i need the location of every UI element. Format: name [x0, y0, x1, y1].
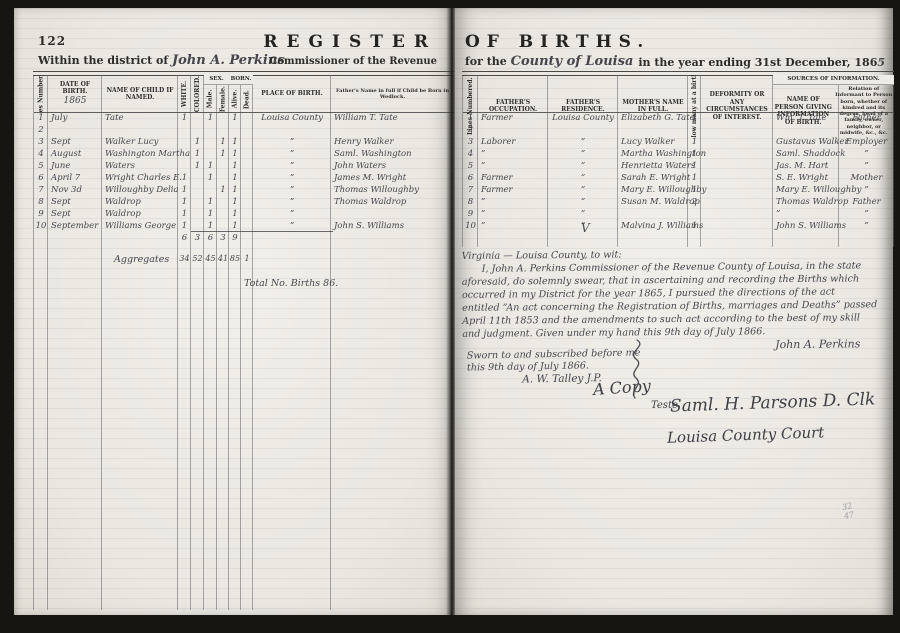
district-handwritten-value: John A. Perkins	[172, 53, 285, 68]
cell-female: 1	[217, 184, 229, 196]
cell-white: 1	[178, 196, 191, 208]
cell-date-of-birth: April 7	[48, 172, 102, 184]
cell-child-name: Wright Charles E.	[102, 172, 178, 184]
cell-alive: 1	[229, 160, 241, 172]
table-row: 2	[463, 124, 894, 136]
cell-how-many: 1	[688, 160, 701, 172]
cell-relation: ”	[839, 148, 894, 160]
table-row: 6 Farmer ” Sarah E. Wright 1 S. E. Wrigh…	[463, 172, 894, 184]
cell-line-number: 7	[463, 184, 478, 196]
cell-line-number: 3	[34, 136, 48, 148]
cell-alive: 1	[229, 136, 241, 148]
cell-mother-name: Henrietta Waters	[618, 160, 688, 172]
district-line: Within the district of John A. Perkins	[38, 53, 285, 68]
cell-place-of-birth: Louisa County	[253, 112, 331, 124]
cell-informant: Gustavus Walker	[773, 136, 839, 148]
table-row: 7 Nov 3d Willoughby Delia 1 1 1 ” Thomas…	[34, 184, 454, 196]
table-row: 9 Sept Waldrop 1 1 1 ”	[34, 208, 454, 220]
cell-father-name: John Waters	[331, 160, 454, 172]
cell-mother-name: Elizabeth G. Tate	[618, 112, 688, 124]
table-header-right: Lines Numbered. FATHER'S OCCUPATION. FAT…	[463, 75, 894, 113]
cell-place-of-birth: ”	[253, 136, 331, 148]
commissioner-subtitle: Commissioner of the Revenue	[269, 56, 437, 67]
cell-date-of-birth: August	[48, 148, 102, 160]
table-row: 1 July Tate 1 1 1 Louisa County William …	[34, 112, 454, 124]
cell-line-number: 6	[463, 172, 478, 184]
col-header-dead: Dead.	[241, 85, 253, 113]
col-header-lines: Lines Numbered.	[34, 75, 48, 113]
cell-white: 1	[178, 220, 191, 232]
cell-line-number: 2	[34, 124, 48, 136]
cell-informant: Mary E. Willoughby	[773, 184, 839, 196]
for-label: for the	[465, 55, 507, 68]
date-header-label: DATE OF BIRTH.	[49, 81, 101, 96]
col-header-colored: COLORED.	[191, 75, 204, 113]
cell-male: 1	[204, 160, 217, 172]
cell-father-occupation: ”	[478, 148, 548, 160]
table-row: 9 ” ” ” ”	[463, 208, 894, 220]
cell-father-occupation: ”	[478, 220, 548, 232]
cell-informant: ”	[773, 208, 839, 220]
aggregate-alive: 85	[229, 254, 241, 265]
cell-line-number: 4	[463, 148, 478, 160]
cell-how-many: 1	[688, 112, 701, 124]
cell-line-number: 9	[34, 208, 48, 220]
table-row: 8 Sept Waldrop 1 1 1 ” Thomas Waldrop	[34, 196, 454, 208]
cell-father-name: Thomas Waldrop	[331, 196, 454, 208]
cell-child-name: Tate	[102, 112, 178, 124]
cell-father-residence: ”	[548, 208, 618, 220]
pencil-note-bottom: 47	[843, 510, 855, 521]
sum-rule	[191, 231, 333, 232]
cell-line-number: 1	[34, 112, 48, 124]
born-group-label: BORN.	[229, 75, 253, 85]
cell-line-number: 10	[463, 220, 478, 232]
register-left-page: 122 Within the district of John A. Perki…	[14, 8, 455, 615]
year-ending-line: in the year ending 31st December, 1865	[638, 56, 885, 69]
cell-father-name: Thomas Willoughby	[331, 184, 454, 196]
scanned-register-spread: 122 Within the district of John A. Perki…	[0, 0, 900, 633]
births-table-right: Lines Numbered. FATHER'S OCCUPATION. FAT…	[462, 75, 894, 247]
county-handwritten-value: County of Louisa	[511, 54, 634, 69]
cell-place-of-birth: ”	[253, 148, 331, 160]
cell-line-number: 8	[463, 196, 478, 208]
cell-how-many: 1	[688, 136, 701, 148]
cell-mother-name: Sarah E. Wright	[618, 172, 688, 184]
cell-how-many: 1	[688, 148, 701, 160]
cell-date-of-birth: July	[48, 112, 102, 124]
cell-mother-name: Lucy Walker	[618, 136, 688, 148]
cell-how-many: 2	[688, 196, 701, 208]
cell-alive: 1	[229, 196, 241, 208]
cell-date-of-birth: Sept	[48, 196, 102, 208]
cell-date-of-birth: September	[48, 220, 102, 232]
col-header-date: DATE OF BIRTH. 1865	[48, 75, 102, 113]
table-row: 4 ” ” Martha Washington 1 Saml. Shaddock…	[463, 148, 894, 160]
table-row: 6 April 7 Wright Charles E. 1 1 1 ” Jame…	[34, 172, 454, 184]
cell-father-occupation: Farmer	[478, 112, 548, 124]
cell-how-many: 1	[688, 184, 701, 196]
year-ending-label: in the year ending 31st December, 186	[638, 56, 877, 69]
cell-mother-name: Martha Washington	[618, 148, 688, 160]
cell-male: 1	[204, 112, 217, 124]
cell-child-name: Williams George	[102, 220, 178, 232]
table-row: 8 ” ” Susan M. Waldrop 2 Thomas Waldrop …	[463, 196, 894, 208]
cell-how-many: 1	[688, 172, 701, 184]
cell-father-residence: Louisa County	[548, 112, 618, 124]
cell-date-of-birth: Sept	[48, 136, 102, 148]
district-label: Within the district of	[38, 54, 168, 67]
table-row: 10 ” ” Malvina J. Williams 1 John S. Wil…	[463, 220, 894, 232]
cell-white: 1	[178, 208, 191, 220]
cell-line-number: 8	[34, 196, 48, 208]
pencil-note: 32 47	[841, 501, 855, 521]
cell-relation: Mother	[839, 172, 894, 184]
cell-place-of-birth: ”	[253, 184, 331, 196]
cell-informant: John S. Williams	[773, 220, 839, 232]
aggregate-male: 45	[204, 254, 217, 265]
clerk-signature: Saml. H. Parsons D. Clk	[670, 389, 876, 416]
cell-father-residence: ”	[548, 172, 618, 184]
col-header-male: Male.	[204, 85, 217, 113]
col-group-born: BORN. Alive. Dead.	[229, 75, 253, 113]
cell-line-number: 7	[34, 184, 48, 196]
cell-alive: 1	[229, 148, 241, 160]
cell-line-number: 1	[463, 112, 478, 124]
total-colored: 3	[191, 233, 204, 243]
total-alive: 9	[229, 233, 241, 243]
cell-relation: ”	[839, 160, 894, 172]
cell-date-of-birth: June	[48, 160, 102, 172]
table-row: 5 ” ” Henrietta Waters 1 Jas. M. Hart ”	[463, 160, 894, 172]
col-header-female: Female.	[217, 85, 230, 113]
cell-place-of-birth: ”	[253, 196, 331, 208]
cell-alive: 1	[229, 112, 241, 124]
total-male: 6	[204, 233, 217, 243]
cell-child-name: Waters	[102, 160, 178, 172]
cell-father-occupation: ”	[478, 196, 548, 208]
cell-father-name: John S. Williams	[331, 220, 454, 232]
cell-line-number: 5	[463, 160, 478, 172]
cell-colored: 1	[191, 136, 204, 148]
aggregate-colored: 52	[191, 254, 204, 265]
table-row: 3 Sept Walker Lucy 1 1 1 ” Henry Walker	[34, 136, 454, 148]
certification-block: Virginia — Louisa County, to wit: I, Joh…	[462, 246, 889, 354]
cell-father-name: Henry Walker	[331, 136, 454, 148]
cell-relation: Father	[839, 196, 894, 208]
table-body-left: 1 July Tate 1 1 1 Louisa County William …	[34, 112, 454, 232]
cell-relation: ”	[839, 220, 894, 232]
cell-father-occupation: ”	[478, 208, 548, 220]
cell-line-number: 4	[34, 148, 48, 160]
col-header-white: WHITE.	[178, 75, 191, 113]
cell-child-name: Walker Lucy	[102, 136, 178, 148]
aggregate-female: 41	[217, 254, 229, 265]
cell-father-residence: ”	[548, 196, 618, 208]
cell-child-name: Willoughby Delia	[102, 184, 178, 196]
county-line: for the County of Louisa	[465, 54, 633, 69]
col-header-father: Father's Name in full if Child be Born i…	[331, 75, 454, 113]
cell-place-of-birth: ”	[253, 160, 331, 172]
cell-colored: 1	[191, 160, 204, 172]
cell-relation: Father	[839, 112, 894, 124]
cell-relation: ”	[839, 184, 894, 196]
cell-line-number: 5	[34, 160, 48, 172]
col-header-alive: Alive.	[229, 85, 241, 113]
col-header-place: PLACE OF BIRTH.	[253, 75, 331, 113]
cell-alive: 1	[229, 184, 241, 196]
cell-father-name: Saml. Washington	[331, 148, 454, 160]
cell-father-occupation: ”	[478, 160, 548, 172]
cell-child-name: Washington Martha	[102, 148, 178, 160]
cell-informant: Thomas Waldrop	[773, 196, 839, 208]
cell-how-many: 1	[688, 220, 701, 232]
aggregate-dead: 1	[241, 254, 253, 265]
cell-father-occupation: Farmer	[478, 172, 548, 184]
register-title: REGISTER	[263, 32, 437, 52]
aggregate-label: Aggregates	[102, 254, 178, 265]
cell-place-of-birth: ”	[253, 208, 331, 220]
a-copy-label: A Copy	[592, 376, 651, 399]
cell-male: 1	[204, 196, 217, 208]
table-row: 4 August Washington Martha 1 1 1 ” Saml.…	[34, 148, 454, 160]
cell-informant: Wm. T. Tate	[773, 112, 839, 124]
cell-white: 1	[178, 112, 191, 124]
cell-date-of-birth: Sept	[48, 208, 102, 220]
cell-father-residence: ”	[548, 160, 618, 172]
cell-female: 1	[217, 148, 229, 160]
total-white: 6	[178, 233, 191, 243]
clerk-court-line: Louisa County Court	[667, 423, 825, 446]
cell-child-name: Waldrop	[102, 196, 178, 208]
cell-father-residence: ”	[548, 148, 618, 160]
cell-child-name: Waldrop	[102, 208, 178, 220]
cell-relation: ”	[839, 208, 894, 220]
cell-male: 1	[204, 208, 217, 220]
col-header-name: NAME OF CHILD IF NAMED.	[102, 75, 178, 113]
cell-informant: Saml. Shaddock	[773, 148, 839, 160]
cell-line-number: 6	[34, 172, 48, 184]
cell-alive: 1	[229, 208, 241, 220]
aggregate-row: Aggregates 34 52 45 41 85 1	[34, 254, 454, 265]
cell-mother-name: Susan M. Waldrop	[618, 196, 688, 208]
cell-father-occupation: Laborer	[478, 136, 548, 148]
cell-colored: 1	[191, 148, 204, 160]
table-row: 1 Farmer Louisa County Elizabeth G. Tate…	[463, 112, 894, 124]
total-female: 3	[217, 233, 229, 243]
col-group-sex: SEX. Male. Female.	[204, 75, 229, 113]
year-handwritten: 1865	[64, 96, 87, 107]
cell-line-number: 2	[463, 124, 478, 136]
cell-father-residence: ”	[548, 184, 618, 196]
cell-date-of-birth: Nov 3d	[48, 184, 102, 196]
cell-line-number: 3	[463, 136, 478, 148]
cell-alive: 1	[229, 172, 241, 184]
cell-mother-name: Mary E. Willoughby	[618, 184, 688, 196]
cell-male: 1	[204, 172, 217, 184]
of-births-title: OF BIRTHS.	[465, 32, 650, 52]
table-row: 5 June Waters 1 1 1 ” John Waters	[34, 160, 454, 172]
table-row: 7 Farmer ” Mary E. Willoughby 1 Mary E. …	[463, 184, 894, 196]
cell-white: 1	[178, 184, 191, 196]
table-row: 2	[34, 124, 454, 136]
cell-mother-name: Malvina J. Williams	[618, 220, 688, 232]
cell-white: 1	[178, 172, 191, 184]
cell-relation: Employer	[839, 136, 894, 148]
cell-father-name: William T. Tate	[331, 112, 454, 124]
cell-father-name: James M. Wright	[331, 172, 454, 184]
cell-father-residence: ”	[548, 136, 618, 148]
cell-informant: Jas. M. Hart	[773, 160, 839, 172]
table-header-left: Lines Numbered. DATE OF BIRTH. 1865 NAME…	[34, 75, 454, 113]
pencil-check-mark: V	[581, 221, 590, 235]
page-number: 122	[38, 34, 66, 48]
table-body-right: 1 Farmer Louisa County Elizabeth G. Tate…	[463, 112, 894, 232]
cell-line-number: 9	[463, 208, 478, 220]
aggregate-white: 34	[178, 254, 191, 265]
cell-informant: S. E. Wright	[773, 172, 839, 184]
total-births-note: Total No. Births 86.	[244, 278, 338, 289]
sources-group-label: SOURCES OF INFORMATION.	[773, 75, 894, 85]
births-table-left: Lines Numbered. DATE OF BIRTH. 1865 NAME…	[33, 75, 454, 610]
cell-place-of-birth: ”	[253, 172, 331, 184]
cell-line-number: 10	[34, 220, 48, 232]
totals-row: 6 3 6 3 9	[34, 233, 454, 243]
register-right-page: OF BIRTHS. for the County of Louisa in t…	[455, 8, 893, 615]
cell-female: 1	[217, 136, 229, 148]
sex-group-label: SEX.	[204, 75, 229, 85]
year-ending-handwritten: 5	[877, 56, 885, 69]
table-row: 3 Laborer ” Lucy Walker 1 Gustavus Walke…	[463, 136, 894, 148]
cell-father-occupation: Farmer	[478, 184, 548, 196]
